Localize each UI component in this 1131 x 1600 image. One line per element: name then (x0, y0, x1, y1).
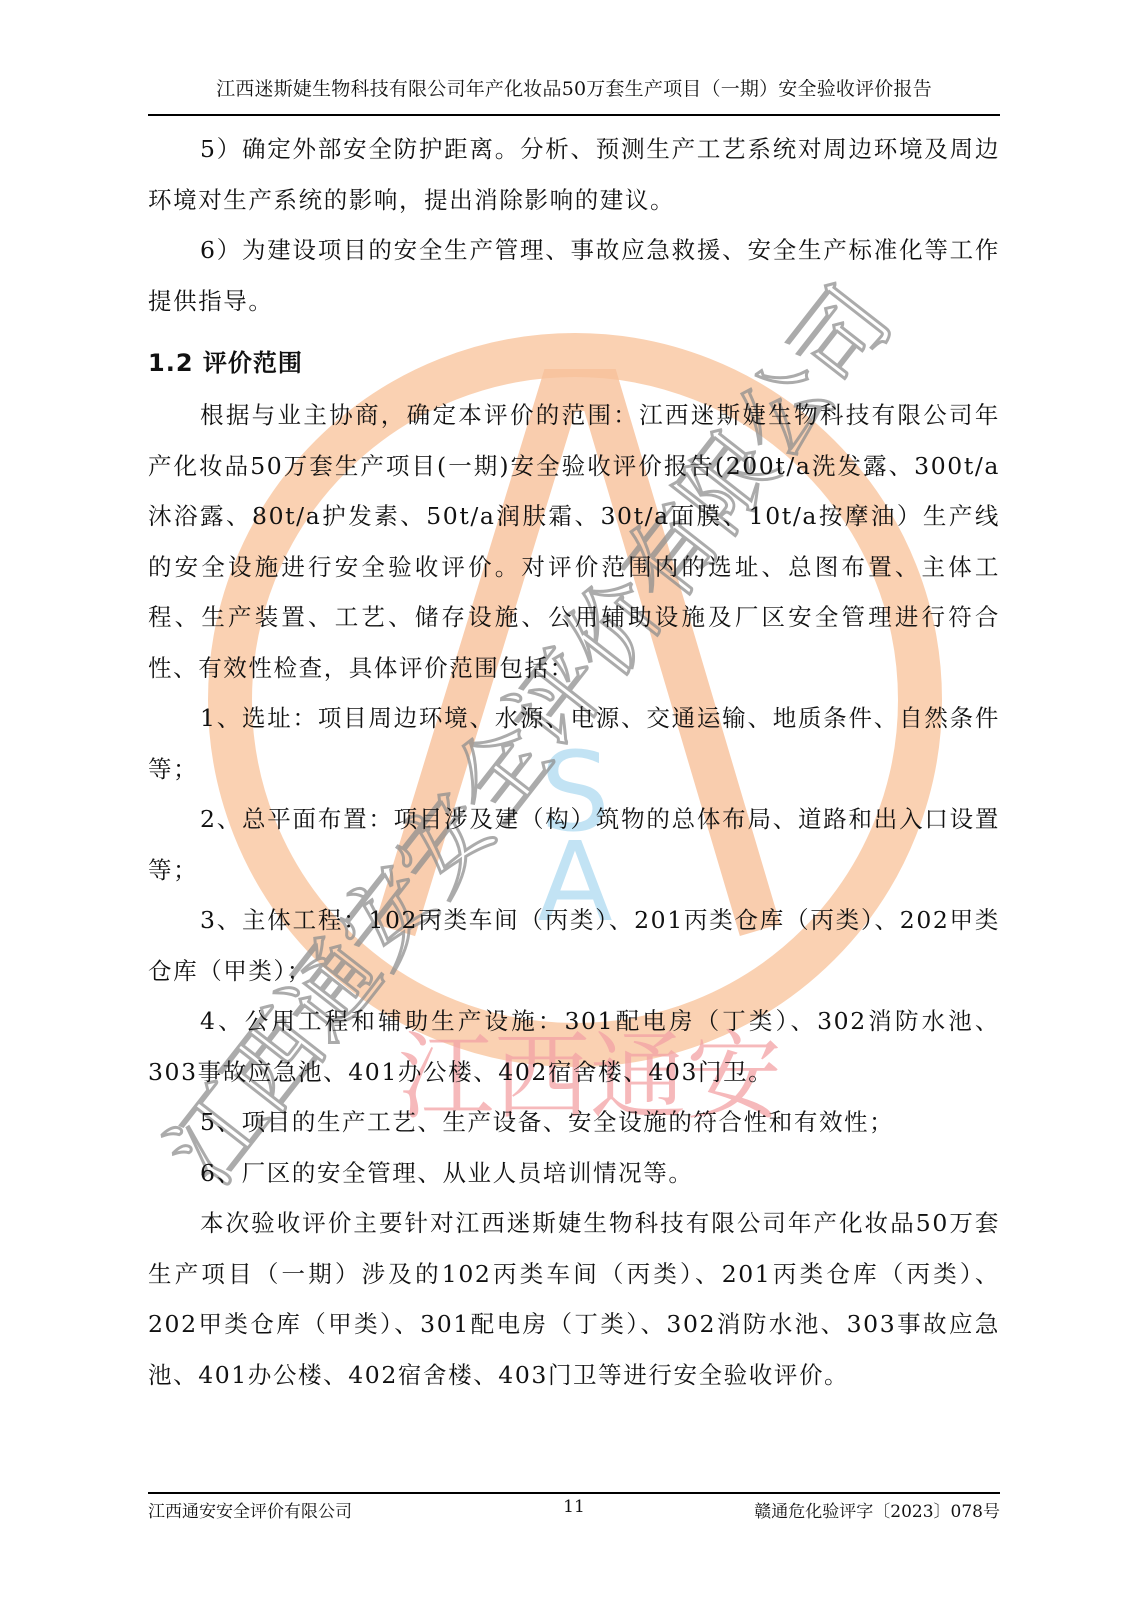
list-item: 2、总平面布置：项目涉及建（构）筑物的总体布局、道路和出入口设置等； (148, 794, 1000, 895)
header-divider (148, 114, 1000, 116)
list-item: 3、主体工程：102丙类车间（丙类）、201丙类仓库（丙类）、202甲类仓库（甲… (148, 895, 1000, 996)
page-header-title: 江西迷斯婕生物科技有限公司年产化妆品50万套生产项目（一期）安全验收评价报告 (148, 74, 1000, 101)
document-body: 5）确定外部安全防护距离。分析、预测生产工艺系统对周边环境及周边环境对生产系统的… (148, 124, 1000, 1400)
section-heading: 1.2 评价范围 (148, 348, 1000, 378)
list-item: 4、公用工程和辅助生产设施：301配电房（丁类）、302消防水池、303事故应急… (148, 996, 1000, 1097)
paragraph: 本次验收评价主要针对江西迷斯婕生物科技有限公司年产化妆品50万套生产项目（一期）… (148, 1198, 1000, 1400)
footer-divider (148, 1492, 1000, 1494)
paragraph: 根据与业主协商，确定本评价的范围：江西迷斯婕生物科技有限公司年产化妆品50万套生… (148, 390, 1000, 693)
list-item: 6、厂区的安全管理、从业人员培训情况等。 (148, 1148, 1000, 1199)
paragraph: 5）确定外部安全防护距离。分析、预测生产工艺系统对周边环境及周边环境对生产系统的… (148, 124, 1000, 225)
page-footer: 江西通安安全评价有限公司 11 赣通危化验评字〔2023〕078号 (148, 1497, 1000, 1522)
paragraph: 6）为建设项目的安全生产管理、事故应急救援、安全生产标准化等工作提供指导。 (148, 225, 1000, 326)
list-item: 5、项目的生产工艺、生产设备、安全设施的符合性和有效性； (148, 1097, 1000, 1148)
list-item: 1、选址：项目周边环境、水源、电源、交通运输、地质条件、自然条件等； (148, 693, 1000, 794)
page-number: 11 (148, 1497, 1000, 1517)
